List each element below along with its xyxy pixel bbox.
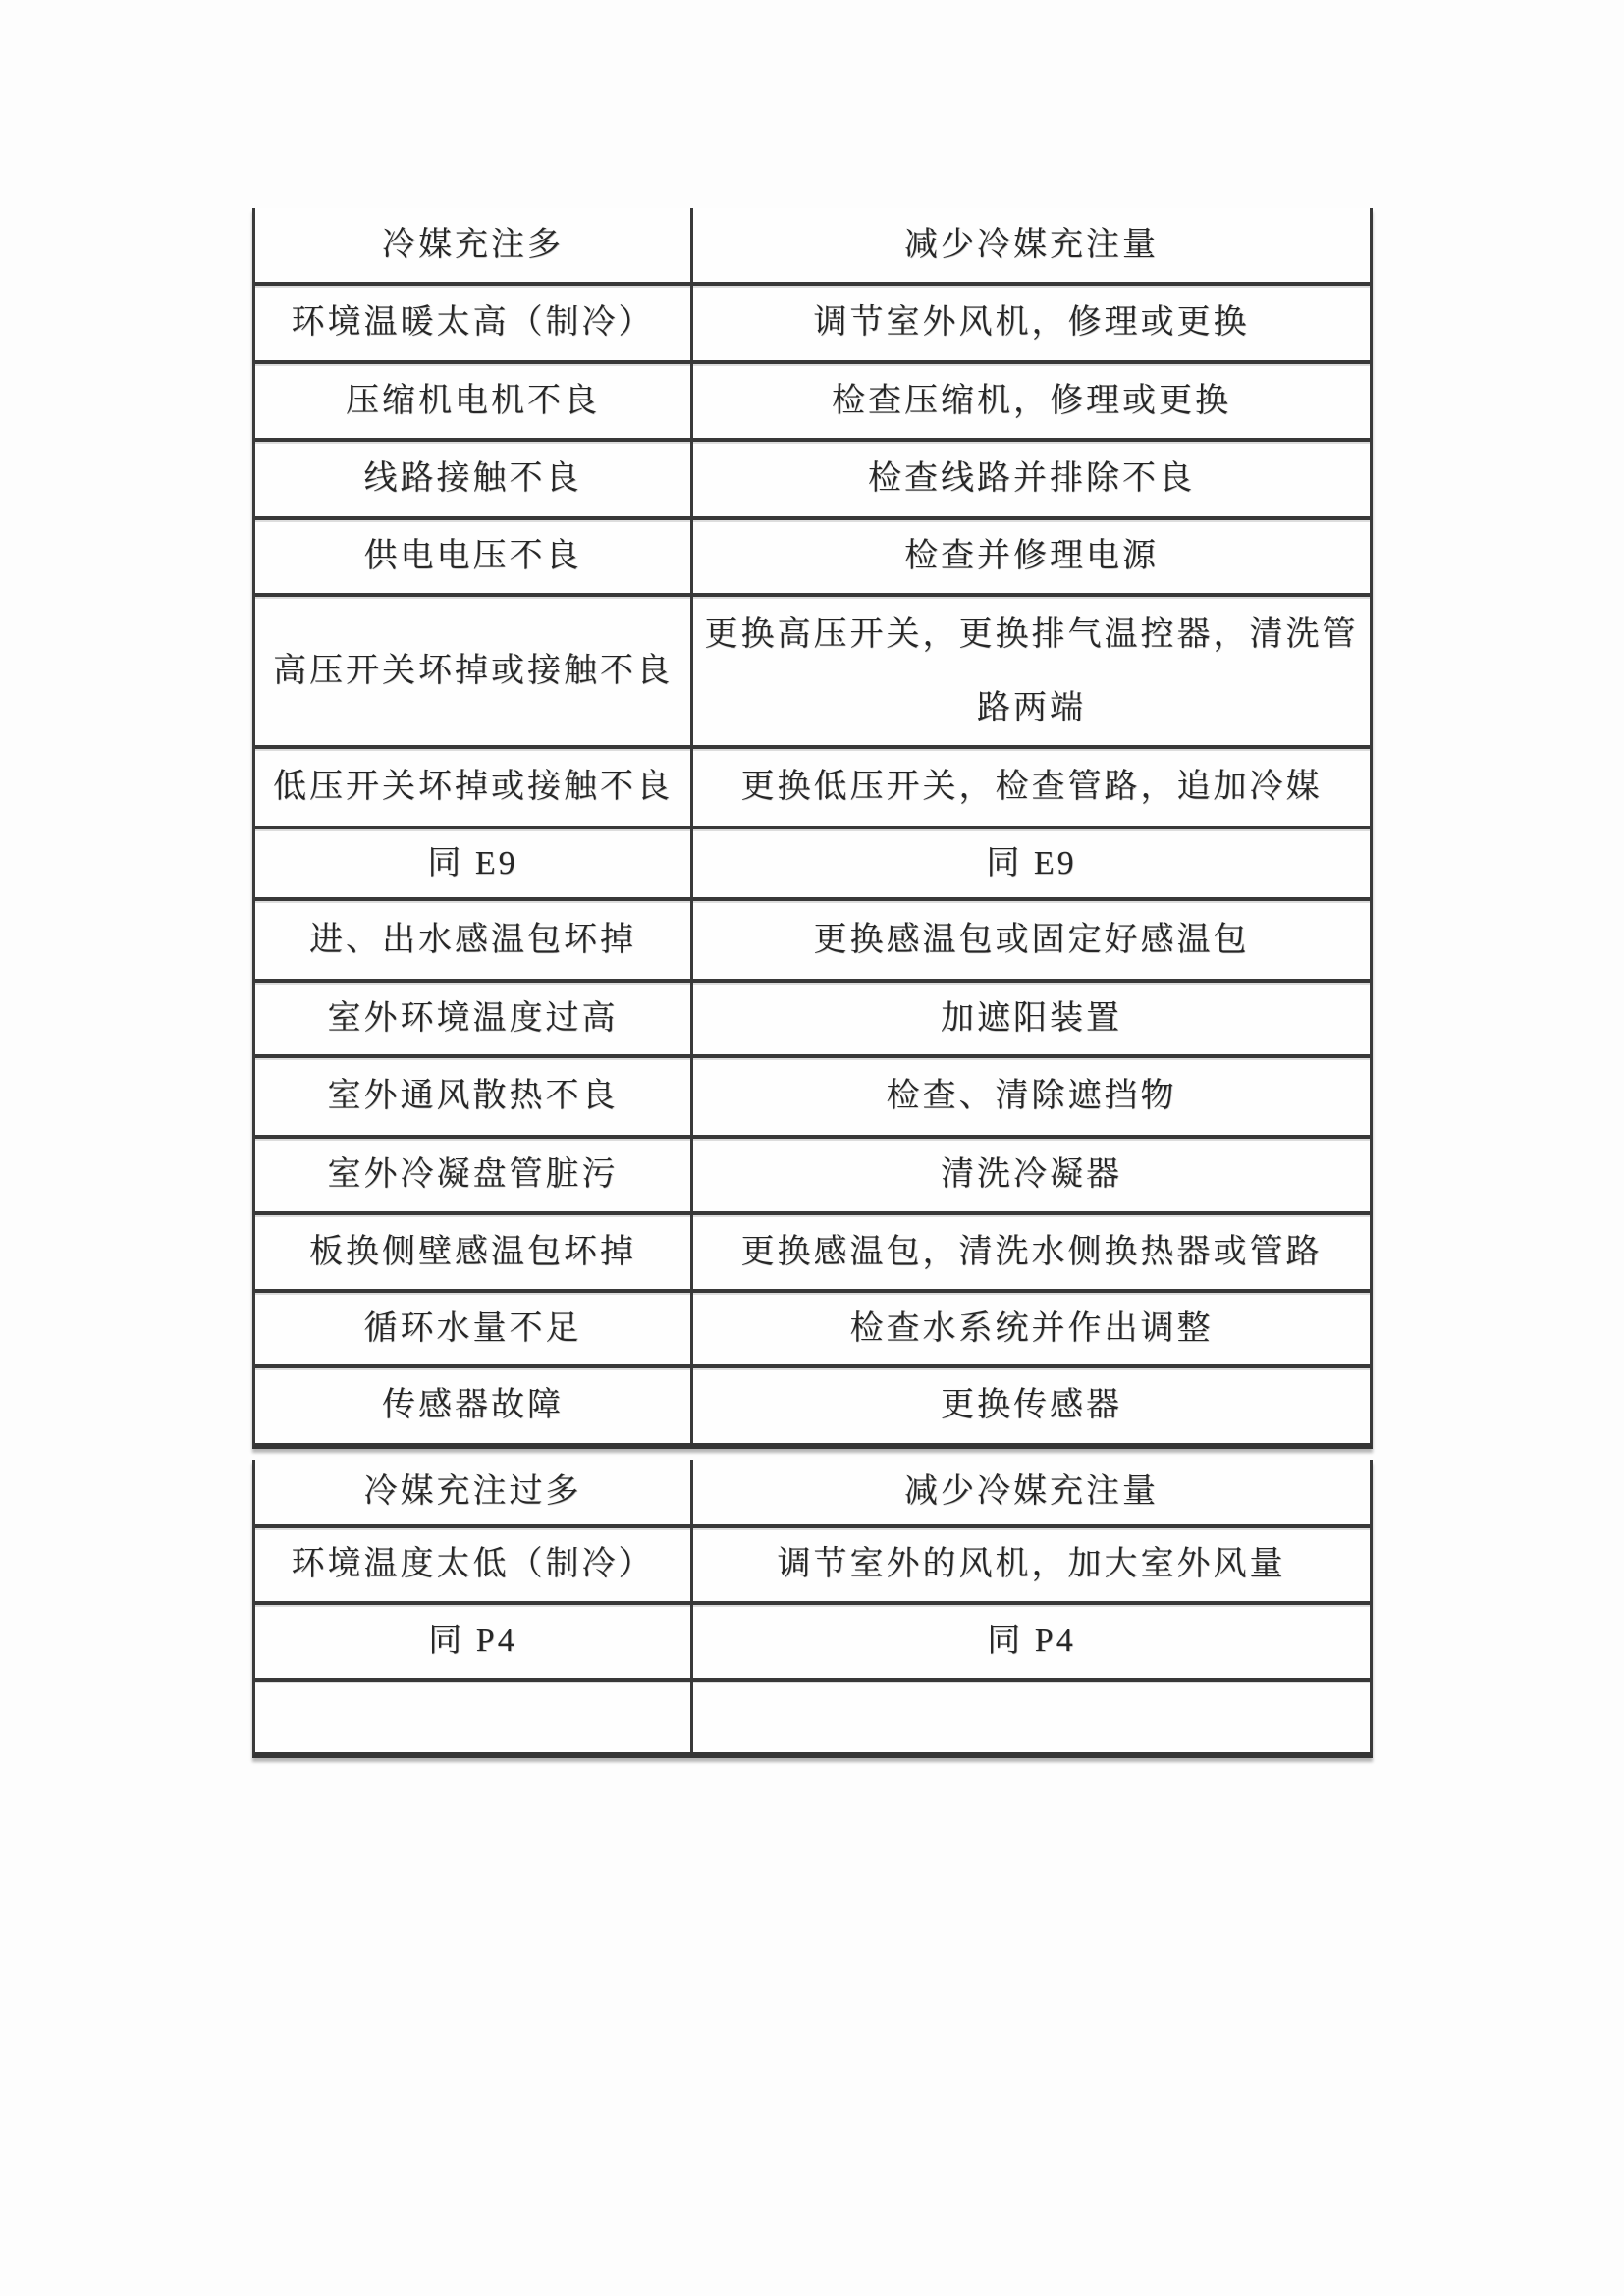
solution-cell: 清洗冷凝器: [693, 1139, 1370, 1211]
cause-cell: 进、出水感温包坏掉: [255, 901, 693, 979]
table-row: 供电电压不良 检查并修理电源: [255, 520, 1370, 597]
table-row: 环境温暖太高（制冷） 调节室外风机，修理或更换: [255, 286, 1370, 364]
cause-cell: 高压开关坏掉或接触不良: [255, 597, 693, 745]
cause-cell: 冷媒充注过多: [255, 1460, 693, 1524]
solution-cell: 检查水系统并作出调整: [693, 1293, 1370, 1364]
cause-cell: 室外冷凝盘管脏污: [255, 1139, 693, 1211]
cause-cell: 板换侧壁感温包坏掉: [255, 1215, 693, 1289]
solution-cell: 检查压缩机，修理或更换: [693, 364, 1370, 438]
solution-cell: 更换感温包，清洗水侧换热器或管路: [693, 1215, 1370, 1289]
table-row: 进、出水感温包坏掉 更换感温包或固定好感温包: [255, 901, 1370, 983]
cause-cell: 同 E9: [255, 829, 693, 897]
fault-table-upper: 冷媒充注多 减少冷媒充注量 环境温暖太高（制冷） 调节室外风机，修理或更换 压缩…: [252, 208, 1373, 1449]
solution-cell: 同 P4: [693, 1605, 1370, 1678]
table-row: 同 P4 同 P4: [255, 1605, 1370, 1682]
table-row: 环境温度太低（制冷） 调节室外的风机，加大室外风量: [255, 1528, 1370, 1605]
solution-cell: 检查、清除遮挡物: [693, 1058, 1370, 1135]
cause-cell: 线路接触不良: [255, 442, 693, 516]
cause-cell: 循环水量不足: [255, 1293, 693, 1364]
cause-cell: 供电电压不良: [255, 520, 693, 593]
solution-cell: 更换低压开关，检查管路，追加冷媒: [693, 749, 1370, 826]
cause-cell: 低压开关坏掉或接触不良: [255, 749, 693, 826]
cause-cell: 传感器故障: [255, 1368, 693, 1443]
solution-cell: 检查线路并排除不良: [693, 442, 1370, 516]
fault-table-lower: 冷媒充注过多 减少冷媒充注量 环境温度太低（制冷） 调节室外的风机，加大室外风量…: [252, 1460, 1373, 1758]
cause-cell: 压缩机电机不良: [255, 364, 693, 438]
solution-cell: 减少冷媒充注量: [693, 1460, 1370, 1524]
table-row: 板换侧壁感温包坏掉 更换感温包，清洗水侧换热器或管路: [255, 1215, 1370, 1293]
table-row: [255, 1682, 1370, 1752]
table-row: 同 E9 同 E9: [255, 829, 1370, 901]
solution-cell: 更换感温包或固定好感温包: [693, 901, 1370, 979]
solution-cell: [693, 1682, 1370, 1752]
table-row: 低压开关坏掉或接触不良 更换低压开关，检查管路，追加冷媒: [255, 749, 1370, 829]
table-row: 压缩机电机不良 检查压缩机，修理或更换: [255, 364, 1370, 442]
solution-cell: 加遮阳装置: [693, 983, 1370, 1054]
solution-cell: 检查并修理电源: [693, 520, 1370, 593]
solution-cell: 调节室外风机，修理或更换: [693, 286, 1370, 360]
table-row: 冷媒充注过多 减少冷媒充注量: [255, 1460, 1370, 1528]
table-row: 循环水量不足 检查水系统并作出调整: [255, 1293, 1370, 1368]
table-row: 室外环境温度过高 加遮阳装置: [255, 983, 1370, 1058]
scanned-document-page: 冷媒充注多 减少冷媒充注量 环境温暖太高（制冷） 调节室外风机，修理或更换 压缩…: [0, 0, 1624, 2296]
solution-cell: 调节室外的风机，加大室外风量: [693, 1528, 1370, 1601]
table-row: 冷媒充注多 减少冷媒充注量: [255, 208, 1370, 286]
cause-cell: 环境温度太低（制冷）: [255, 1528, 693, 1601]
table-row: 室外冷凝盘管脏污 清洗冷凝器: [255, 1139, 1370, 1215]
table-row: 线路接触不良 检查线路并排除不良: [255, 442, 1370, 520]
table-row: 高压开关坏掉或接触不良 更换高压开关，更换排气温控器，清洗管路两端: [255, 597, 1370, 749]
cause-cell: 室外环境温度过高: [255, 983, 693, 1054]
solution-cell: 更换高压开关，更换排气温控器，清洗管路两端: [693, 597, 1370, 745]
cause-cell: 冷媒充注多: [255, 208, 693, 282]
solution-cell: 同 E9: [693, 829, 1370, 897]
cause-cell: 环境温暖太高（制冷）: [255, 286, 693, 360]
table-row: 传感器故障 更换传感器: [255, 1368, 1370, 1443]
table-row: 室外通风散热不良 检查、清除遮挡物: [255, 1058, 1370, 1139]
solution-cell: 减少冷媒充注量: [693, 208, 1370, 282]
cause-cell: [255, 1682, 693, 1752]
solution-cell: 更换传感器: [693, 1368, 1370, 1443]
cause-cell: 室外通风散热不良: [255, 1058, 693, 1135]
cause-cell: 同 P4: [255, 1605, 693, 1678]
